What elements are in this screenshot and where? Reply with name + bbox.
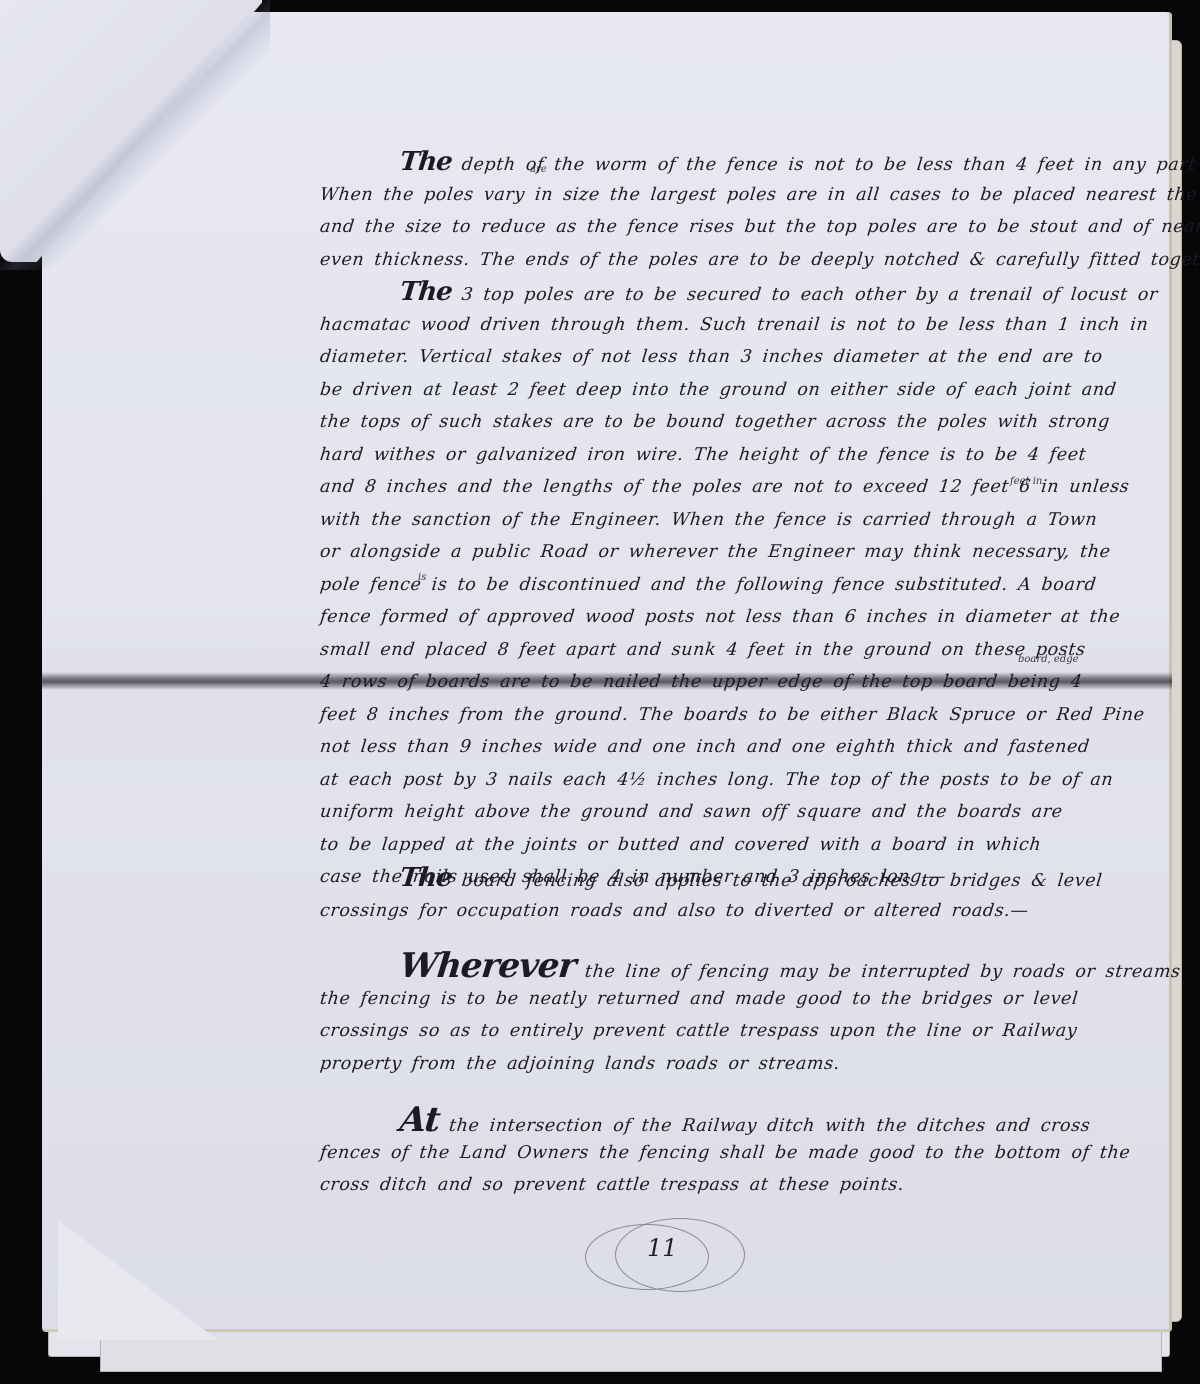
paragraph-intersections: At the intersection of the Railway ditch… (320, 1104, 1160, 1202)
text-line: fences of the Land Owners the fencing sh… (318, 1137, 1161, 1170)
paragraph-top-poles: The 3 top poles are to be secured to eac… (320, 276, 1160, 894)
text-line: property from the adjoining lands roads … (318, 1048, 1161, 1081)
paragraph-lead: The (398, 863, 453, 893)
text-line: feet 8 inches from the ground. The board… (318, 699, 1161, 732)
text-line: cross ditch and so prevent cattle trespa… (318, 1169, 1161, 1202)
text-line: When the poles vary in size the largest … (318, 179, 1161, 212)
paragraph-lead: The (398, 277, 453, 307)
paragraph-lead: At (398, 1100, 442, 1140)
text-line: crossings so as to entirely prevent catt… (318, 1015, 1161, 1048)
text-line: 4 rows of boards are to be nailed the up… (318, 666, 1161, 699)
text-line: even thickness. The ends of the poles ar… (318, 244, 1161, 277)
text-line: 3 top poles are to be secured to each ot… (461, 285, 1159, 305)
interlinear-note: is (418, 572, 426, 583)
paragraph-board-fencing: The board fencing also applies to the ap… (320, 862, 1160, 927)
text-line: or alongside a public Road or wherever t… (318, 536, 1161, 569)
text-line: and the size to reduce as the fence rise… (318, 211, 1161, 244)
interlinear-note: feet in (1010, 476, 1042, 487)
text-line: the tops of such stakes are to be bound … (318, 406, 1161, 439)
interlinear-note: are (530, 164, 547, 175)
text-line: not less than 9 inches wide and one inch… (318, 731, 1161, 764)
paragraph-lead: Wherever (398, 946, 578, 986)
text-line: with the sanction of the Engineer. When … (318, 504, 1161, 537)
text-line: depth of the worm of the fence is not to… (461, 155, 1197, 175)
page-stack-bottom-lower (100, 1330, 1162, 1372)
text-line: diameter. Vertical stakes of not less th… (318, 341, 1161, 374)
text-line: pole fence is to be discontinued and the… (318, 569, 1161, 602)
page-number-stamp: 11 (585, 1212, 745, 1292)
text-line: at each post by 3 nails each 4½ inches l… (318, 764, 1161, 797)
page-number: 11 (647, 1234, 678, 1262)
pencil-oval (615, 1218, 745, 1292)
text-line: to be lapped at the joints or butted and… (318, 829, 1161, 862)
text-line: board fencing also applies to the approa… (461, 871, 1104, 891)
paragraph-worm-depth: The depth of the worm of the fence is no… (320, 146, 1160, 276)
paragraph-lead: The (398, 147, 453, 177)
text-line: the line of fencing may be interrupted b… (584, 962, 1182, 982)
text-line: the intersection of the Railway ditch wi… (448, 1116, 1091, 1136)
text-line: hacmatac wood driven through them. Such … (318, 309, 1161, 342)
text-line: be driven at least 2 feet deep into the … (318, 374, 1161, 407)
paragraph-interruptions: Wherever the line of fencing may be inte… (320, 950, 1160, 1080)
text-line: hard withes or galvanized iron wire. The… (318, 439, 1161, 472)
text-line: uniform height above the ground and sawn… (318, 796, 1161, 829)
interlinear-note: board, edge (1018, 654, 1079, 665)
text-line: fence formed of approved wood posts not … (318, 601, 1161, 634)
text-line: crossings for occupation roads and also … (318, 895, 1161, 928)
text-line: the fencing is to be neatly returned and… (318, 983, 1161, 1016)
